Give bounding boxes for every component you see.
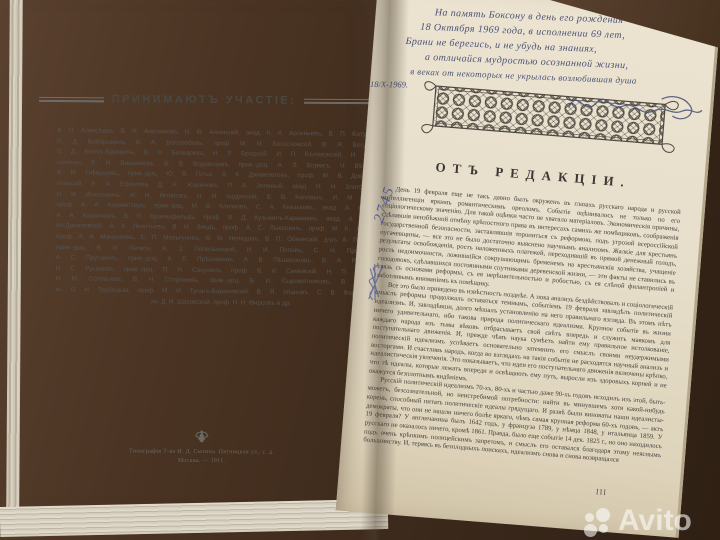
page-number: III xyxy=(596,487,608,497)
participants-heading: ПРИНИМАЮТЪ УЧАСТІЕ: xyxy=(112,93,297,106)
left-page: ПРИНИМАЮТЪ УЧАСТІЕ: В. П. Алексѣевъ, В. … xyxy=(6,0,392,517)
avito-watermark: Avito xyxy=(584,506,692,538)
book-photo: ПРИНИМАЮТЪ УЧАСТІЕ: В. П. Алексѣевъ, В. … xyxy=(0,0,720,540)
imprint-line2: Москва. — 1911. xyxy=(47,455,357,466)
inscription-date: 18/X-1969. xyxy=(370,79,408,89)
editorial-text: День 19 февраля еще не такъ давно былъ о… xyxy=(363,185,681,469)
signature-scribble xyxy=(563,77,707,143)
participants-heading-row: ПРИНИМАЮТЪ УЧАСТІЕ: xyxy=(39,93,369,107)
participants-list: В. П. Алексѣевъ, В. И. Анисимовъ, Н. Ѳ. … xyxy=(55,126,389,310)
imprint: Типографія Т-ва И. Д. Сытина. Пятницкая … xyxy=(47,447,357,466)
heading-rule-right xyxy=(304,98,369,103)
watermark-brand-text: Avito xyxy=(618,506,692,536)
avito-logo-icon xyxy=(584,508,614,538)
page-deckle-edge xyxy=(6,0,23,517)
heading-rule-left xyxy=(39,96,104,101)
